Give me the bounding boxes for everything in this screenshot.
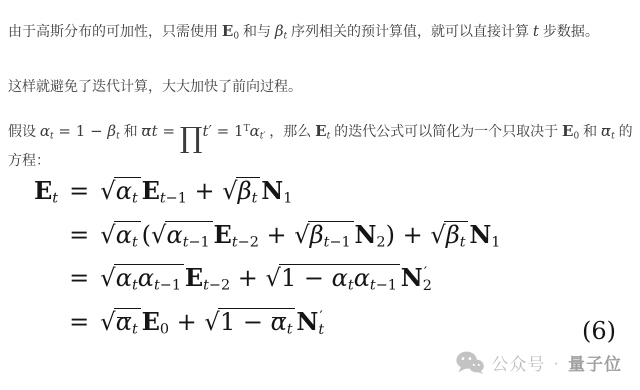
inline-math: Et — [315, 122, 330, 140]
equation-lhs-1: Et — [34, 176, 58, 207]
inline-math: E0 — [222, 22, 239, 40]
paragraph-assumption: 假设 αt = 1 − βt 和 αt = ∏t′ = 1Tαt′ ，那么 Et… — [8, 117, 636, 172]
watermark-separator: · — [553, 353, 560, 373]
paragraph-gaussian-additivity: 由于高斯分布的可加性，只需使用 E0 和与 βt 序列相关的预计算值，就可以直接… — [8, 19, 636, 48]
inline-math: αt — [601, 122, 615, 140]
text-run: ，那么 — [265, 123, 315, 139]
wechat-icon — [456, 351, 484, 374]
text-run: 和与 — [239, 23, 275, 39]
inline-math: βt — [275, 22, 287, 40]
watermark-brand: 量子位 — [568, 350, 622, 375]
inline-math: αt = ∏t′ = 1Tαt′ — [142, 122, 266, 140]
equation-equals-1: = — [69, 177, 89, 205]
text-run: 和 — [120, 123, 142, 139]
text-run: 由于高斯分布的可加性，只需使用 — [8, 23, 222, 39]
equation-rhs-4: √αtE0 + √1 − αtN′t — [100, 307, 500, 338]
text-run: 步数据。 — [539, 23, 599, 39]
text-run: 序列相关的预计算值，就可以直接计算 — [287, 23, 533, 39]
watermark: 公众号 · 量子位 — [456, 350, 622, 375]
equation-rhs-3: √αtαt−1Et−2 + √1 − αtαt−1N′2 — [100, 263, 500, 294]
equation-number: (6) — [582, 317, 616, 345]
equation-rhs-1: √αtEt−1 + √βtN1 — [100, 176, 500, 207]
text-run: 这样就避免了迭代计算，大大加快了前向过程。 — [8, 78, 302, 94]
inline-math: αt = 1 − βt — [40, 122, 120, 140]
paragraph-avoid-iteration: 这样就避免了迭代计算，大大加快了前向过程。 — [8, 74, 636, 98]
text-run: 的迭代公式可以简化为一个只取决于 — [330, 123, 562, 139]
equation-equals-4: = — [69, 308, 89, 336]
equation-equals-3: = — [69, 264, 89, 292]
watermark-label: 公众号 — [491, 350, 545, 375]
equation-rhs-2: √αt(√αt−1Et−2 + √βt−1N2) + √βtN1 — [100, 220, 500, 251]
text-run: 假设 — [8, 123, 40, 139]
inline-math: E0 — [562, 122, 579, 140]
article-page: 由于高斯分布的可加性，只需使用 E0 和与 βt 序列相关的预计算值，就可以直接… — [0, 0, 640, 390]
equation-block: Et=√αtEt−1 + √βtN1=√αt(√αt−1Et−2 + √βt−1… — [34, 176, 500, 337]
equation-equals-2: = — [69, 221, 89, 249]
text-run: 和 — [579, 123, 601, 139]
